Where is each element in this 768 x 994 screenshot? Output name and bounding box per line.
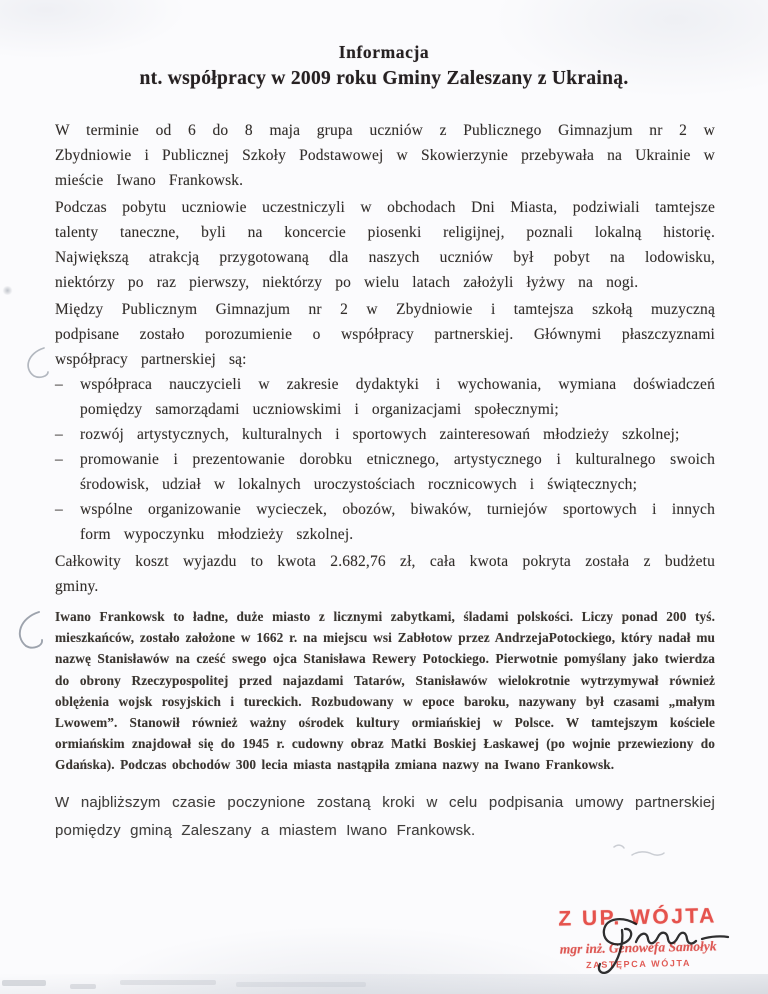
paragraph-closing: W najbliższym czasie poczynione zostaną … xyxy=(55,789,715,845)
bullet-text-1: współpraca nauczycieli w zakresie dydakt… xyxy=(80,376,715,418)
bullet-text-3: promowanie i prezentowanie dorobku etnic… xyxy=(80,451,715,493)
paragraph-cost: Całkowity koszt wyjazdu to kwota 2.682,7… xyxy=(55,549,715,599)
paragraph-city-history: Iwano Frankowsk to ładne, duże miasto z … xyxy=(55,606,715,776)
document-body: W terminie od 6 do 8 maja grupa uczniów … xyxy=(55,118,715,860)
signature-handwriting xyxy=(584,914,736,978)
scan-smudge-mark xyxy=(2,286,13,295)
bullet-text-4: wspólne organizowanie wycieczek, obozów,… xyxy=(80,501,715,543)
paragraph-activities: Podczas pobytu uczniowie uczestniczyli w… xyxy=(55,195,715,295)
scan-edge-mark xyxy=(236,982,366,987)
paragraph-trip: W terminie od 6 do 8 maja grupa uczniów … xyxy=(55,118,715,193)
bullet-item-4: – wspólne organizowanie wycieczek, obozó… xyxy=(55,497,715,547)
bullet-item-2: – rozwój artystycznych, kulturalnych i s… xyxy=(55,422,715,447)
title-line-2: nt. współpracy w 2009 roku Gminy Zalesza… xyxy=(0,66,768,92)
paragraph-agreement: Między Publicznym Gimnazjum nr 2 w Zbydn… xyxy=(55,297,715,372)
bullet-dash: – xyxy=(55,497,63,522)
scan-edge-mark xyxy=(70,984,96,989)
scan-edge-mark xyxy=(2,980,46,986)
bullet-item-1: – współpraca nauczycieli w zakresie dyda… xyxy=(55,372,715,422)
bullet-dash: – xyxy=(55,447,63,472)
scanned-document-page: Informacja nt. współpracy w 2009 roku Gm… xyxy=(0,0,768,994)
bullet-dash: – xyxy=(55,372,63,397)
bullet-item-3: – promowanie i prezentowanie dorobku etn… xyxy=(55,447,715,497)
pen-curve-mark-lower xyxy=(12,608,48,652)
bullet-dash: – xyxy=(55,422,63,447)
document-title: Informacja nt. współpracy w 2009 roku Gm… xyxy=(0,40,768,92)
pen-curve-mark-upper xyxy=(20,346,52,380)
scan-edge-mark xyxy=(120,980,216,985)
bullet-text-2: rozwój artystycznych, kulturalnych i spo… xyxy=(80,426,679,443)
title-line-1: Informacja xyxy=(0,40,768,64)
